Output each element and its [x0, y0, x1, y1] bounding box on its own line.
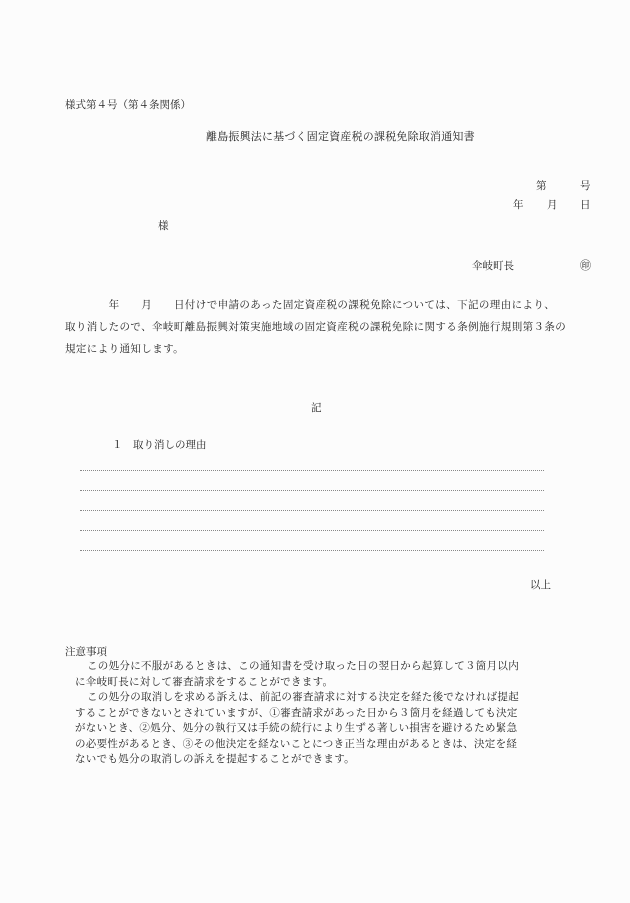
- reference-dai: 第: [536, 178, 547, 193]
- reason-line: [80, 550, 544, 551]
- body-line: 取り消したので、伞岐町離島振興対策実施地域の固定資産税の課税免除に関する条例施行…: [65, 316, 610, 338]
- closing-ijo: 以上: [530, 577, 551, 592]
- reference-go: 号: [580, 178, 591, 193]
- seal-icon: ㊞: [580, 257, 591, 273]
- date-month: 月: [547, 197, 558, 212]
- notes-line: ないでも処分の取消しの訴えを提起することができます。: [65, 752, 625, 768]
- notes-line: に伞岐町長に対して審査請求をすることができます。: [65, 675, 625, 691]
- date-year: 年: [513, 197, 524, 212]
- date-day: 日: [580, 197, 591, 212]
- reason-line: [80, 490, 544, 491]
- reason-line: [80, 470, 544, 471]
- notes-line: の必要性があるとき、③その他決定を経ないことにつき正当な理由があるときは、決定を…: [65, 737, 625, 753]
- document-title: 離島振興法に基づく固定資産税の課税免除取消通知書: [206, 128, 475, 144]
- notes-line: がないとき、②処分、処分の執行又は手続の続行により生ずる著しい損害を避けるため緊…: [65, 721, 625, 737]
- body-line: 年 月 日付けで申請のあった固定資産税の課税免除については、下記の理由により、: [65, 294, 610, 316]
- reason-line: [80, 530, 544, 531]
- reason-line: [80, 510, 544, 511]
- notes-line: することができないとされていますが、①審査請求があった日から３箇月を経過しても決…: [65, 706, 625, 722]
- notes-title: 注意事項: [65, 644, 107, 659]
- issuer-name: 伞岐町長: [472, 258, 514, 273]
- form-number: 様式第４号（第４条関係）: [65, 97, 191, 112]
- body-line: 規定により通知します。: [65, 338, 610, 360]
- body-paragraph: 年 月 日付けで申請のあった固定資産税の課税免除については、下記の理由により、 …: [65, 294, 610, 360]
- notes-line: この処分の取消しを求める訴えは、前記の審査請求に対する決定を経た後でなければ提起: [65, 690, 625, 706]
- ki-heading: 記: [311, 400, 322, 415]
- reason-label: １ 取り消しの理由: [112, 437, 207, 452]
- notes-body: この処分に不服があるときは、この通知書を受け取った日の翌日から起算して３箇月以内…: [65, 659, 625, 768]
- addressee-suffix: 様: [158, 218, 169, 233]
- notes-line: この処分に不服があるときは、この通知書を受け取った日の翌日から起算して３箇月以内: [65, 659, 625, 675]
